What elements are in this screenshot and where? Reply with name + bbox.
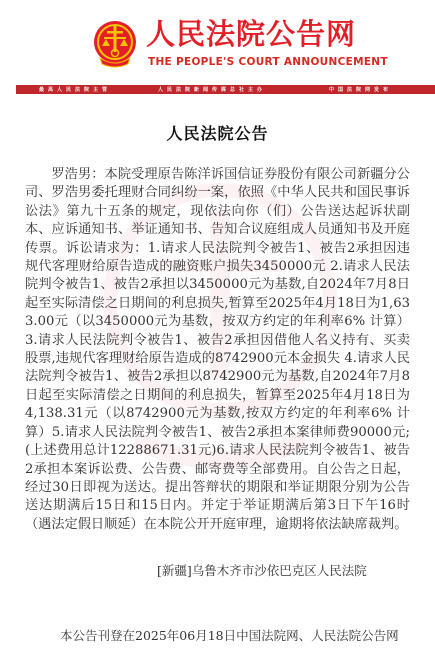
site-header: 人民法院公告网 THE PEOPLE'S COURT ANNOUNCEMENT … bbox=[0, 0, 435, 80]
brand-title: 人民法院公告网 bbox=[146, 17, 356, 51]
announcement-body: 罗浩男：本院受理原告陈洋诉国信证券股份有限公司新疆分公司、罗浩男委托理财合同纠纷… bbox=[25, 166, 410, 534]
banner-text-left: 最高人民法院主管 bbox=[39, 86, 111, 93]
brand-subtitle: THE PEOPLE'S COURT ANNOUNCEMENT bbox=[148, 56, 388, 68]
banner-text-right: 中国法院网发布 bbox=[329, 86, 392, 93]
publication-note: 本公告刊登在2025年06月18日中国法院网、人民法院公告网 bbox=[60, 626, 399, 644]
banner-text-center: 人民法院新闻传媒总社主办 bbox=[158, 86, 266, 93]
court-signature: [新疆]乌鲁木齐市沙依巴克区人民法院 bbox=[157, 561, 367, 579]
court-emblem-icon bbox=[92, 20, 138, 70]
header-banner: 最高人民法院主管 人民法院新闻传媒总社主办 中国法院网发布 bbox=[16, 85, 435, 94]
document-title: 人民法院公告 bbox=[0, 121, 435, 144]
